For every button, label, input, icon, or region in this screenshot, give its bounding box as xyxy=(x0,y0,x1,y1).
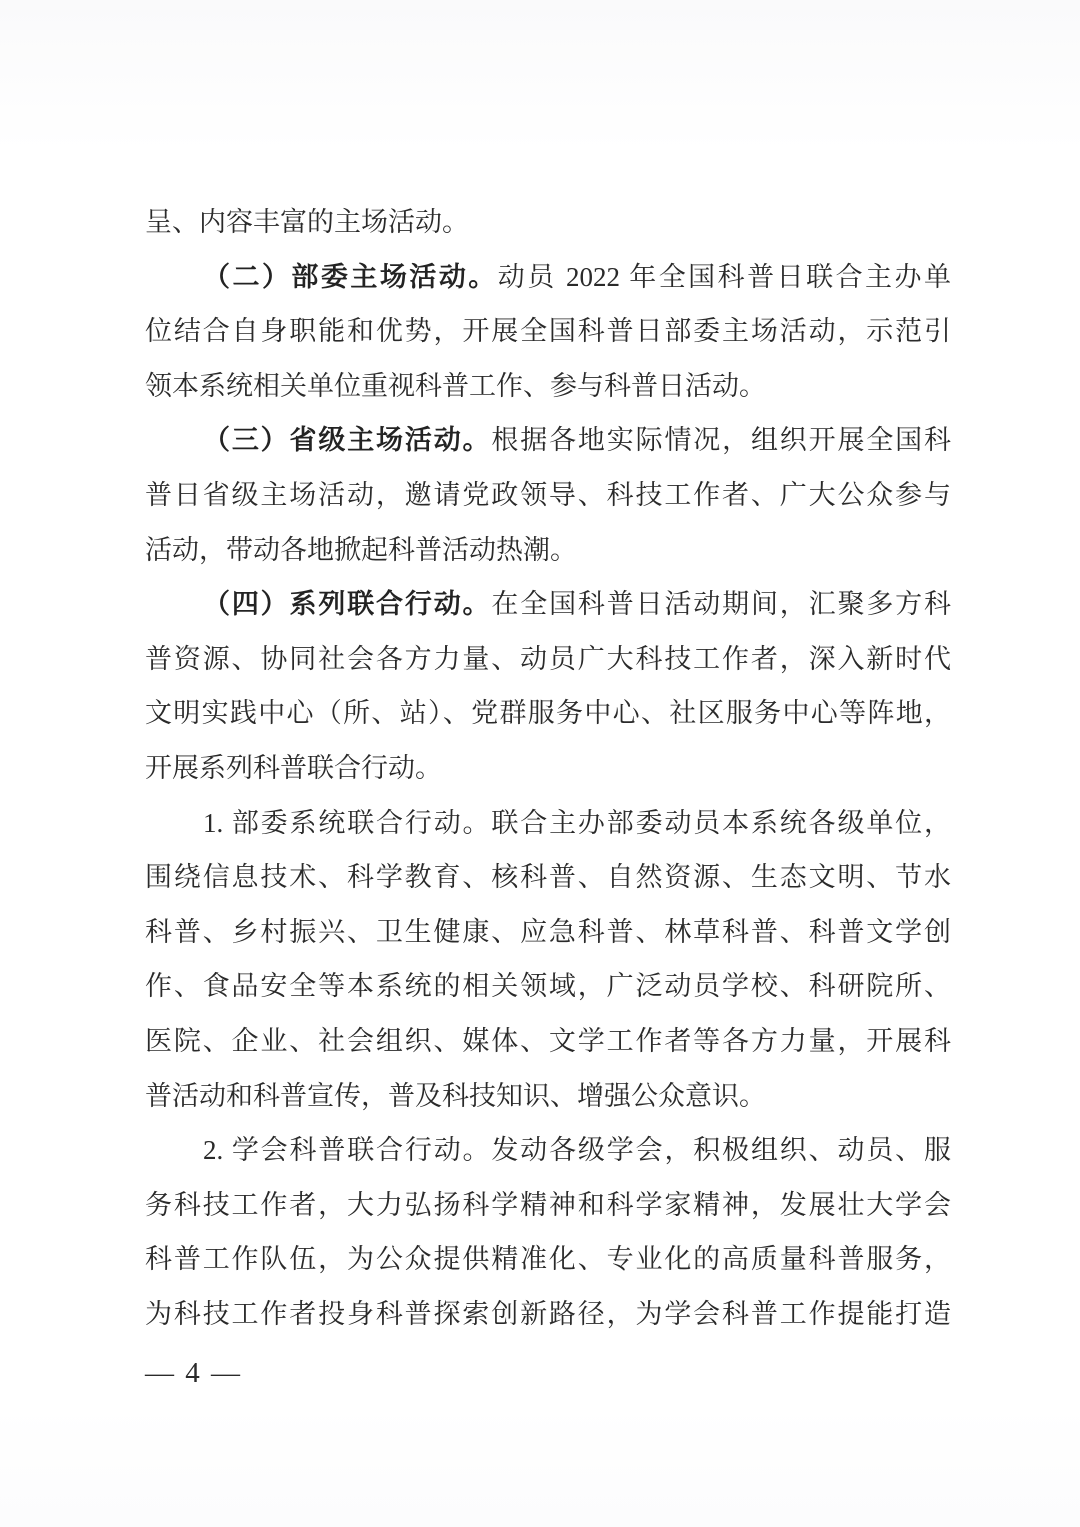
body-segment: 普活动和科普宣传，普及科技知识、增强公众意识。 xyxy=(145,1081,766,1111)
body-segment: 活动，带动各地掀起科普活动热潮。 xyxy=(145,535,577,565)
text-line: 务科技工作者，大力弘扬科学精神和科学家精神，发展壮大学会 xyxy=(145,1178,951,1233)
body-segment: 2. 学会科普联合行动。发动各级学会，积极组织、动员、服 xyxy=(203,1135,951,1165)
text-line: 医院、企业、社会组织、媒体、文学工作者等各方力量，开展科 xyxy=(145,1014,951,1069)
body-segment: 为科技工作者投身科普探索创新路径，为学会科普工作提能打造 xyxy=(145,1299,951,1329)
body-segment: 根据各地实际情况，组织开展全国科 xyxy=(491,425,951,455)
text-line: 领本系统相关单位重视科普工作、参与科普日活动。 xyxy=(145,359,951,414)
body-segment: 医院、企业、社会组织、媒体、文学工作者等各方力量，开展科 xyxy=(145,1026,951,1056)
text-line: 作、食品安全等本系统的相关领域，广泛动员学校、科研院所、 xyxy=(145,959,951,1014)
text-line: 位结合自身职能和优势，开展全国科普日部委主场活动，示范引 xyxy=(145,304,951,359)
body-segment: 务科技工作者，大力弘扬科学精神和科学家精神，发展壮大学会 xyxy=(145,1190,951,1220)
text-line: （四）系列联合行动。在全国科普日活动期间，汇聚多方科 xyxy=(145,577,951,632)
text-line: 1. 部委系统联合行动。联合主办部委动员本系统各级单位， xyxy=(145,796,951,851)
body-segment: 文明实践中心（所、站）、党群服务中心、社区服务中心等阵地， xyxy=(145,698,951,728)
body-segment: 作、食品安全等本系统的相关领域，广泛动员学校、科研院所、 xyxy=(145,971,951,1001)
document-page: 呈、内容丰富的主场活动。（二）部委主场活动。动员 2022 年全国科普日联合主办… xyxy=(0,0,1080,1527)
text-line: 围绕信息技术、科学教育、核科普、自然资源、生态文明、节水 xyxy=(145,850,951,905)
text-line: 普资源、协同社会各方力量、动员广大科技工作者，深入新时代 xyxy=(145,632,951,687)
heading-segment: （三）省级主场活动。 xyxy=(203,425,491,455)
body-segment: 1. 部委系统联合行动。联合主办部委动员本系统各级单位， xyxy=(203,808,951,838)
body-segment: 呈、内容丰富的主场活动。 xyxy=(145,207,469,237)
body-segment: 科普工作队伍，为公众提供精准化、专业化的高质量科普服务， xyxy=(145,1244,951,1274)
text-block: 呈、内容丰富的主场活动。（二）部委主场活动。动员 2022 年全国科普日联合主办… xyxy=(145,195,951,1341)
text-line: 活动，带动各地掀起科普活动热潮。 xyxy=(145,523,951,578)
body-segment: 动员 2022 年全国科普日联合主办单 xyxy=(498,262,951,292)
text-line: 科普工作队伍，为公众提供精准化、专业化的高质量科普服务， xyxy=(145,1232,951,1287)
body-segment: 在全国科普日活动期间，汇聚多方科 xyxy=(491,589,951,619)
heading-segment: （四）系列联合行动。 xyxy=(203,589,491,619)
text-line: （三）省级主场活动。根据各地实际情况，组织开展全国科 xyxy=(145,413,951,468)
body-segment: 普资源、协同社会各方力量、动员广大科技工作者，深入新时代 xyxy=(145,644,951,674)
text-line: 开展系列科普联合行动。 xyxy=(145,741,951,796)
text-line: 普日省级主场活动，邀请党政领导、科技工作者、广大公众参与 xyxy=(145,468,951,523)
text-line: 呈、内容丰富的主场活动。 xyxy=(145,195,951,250)
body-segment: 开展系列科普联合行动。 xyxy=(145,753,442,783)
text-line: 科普、乡村振兴、卫生健康、应急科普、林草科普、科普文学创 xyxy=(145,905,951,960)
text-line: 普活动和科普宣传，普及科技知识、增强公众意识。 xyxy=(145,1069,951,1124)
text-line: 为科技工作者投身科普探索创新路径，为学会科普工作提能打造 xyxy=(145,1287,951,1342)
text-line: （二）部委主场活动。动员 2022 年全国科普日联合主办单 xyxy=(145,250,951,305)
body-segment: 普日省级主场活动，邀请党政领导、科技工作者、广大公众参与 xyxy=(145,480,951,510)
body-segment: 围绕信息技术、科学教育、核科普、自然资源、生态文明、节水 xyxy=(145,862,951,892)
heading-segment: （二）部委主场活动。 xyxy=(203,262,498,292)
page-number: — 4 — xyxy=(145,1348,242,1398)
text-line: 2. 学会科普联合行动。发动各级学会，积极组织、动员、服 xyxy=(145,1123,951,1178)
body-segment: 位结合自身职能和优势，开展全国科普日部委主场活动，示范引 xyxy=(145,316,951,346)
body-segment: 科普、乡村振兴、卫生健康、应急科普、林草科普、科普文学创 xyxy=(145,917,951,947)
text-line: 文明实践中心（所、站）、党群服务中心、社区服务中心等阵地， xyxy=(145,686,951,741)
body-segment: 领本系统相关单位重视科普工作、参与科普日活动。 xyxy=(145,371,766,401)
